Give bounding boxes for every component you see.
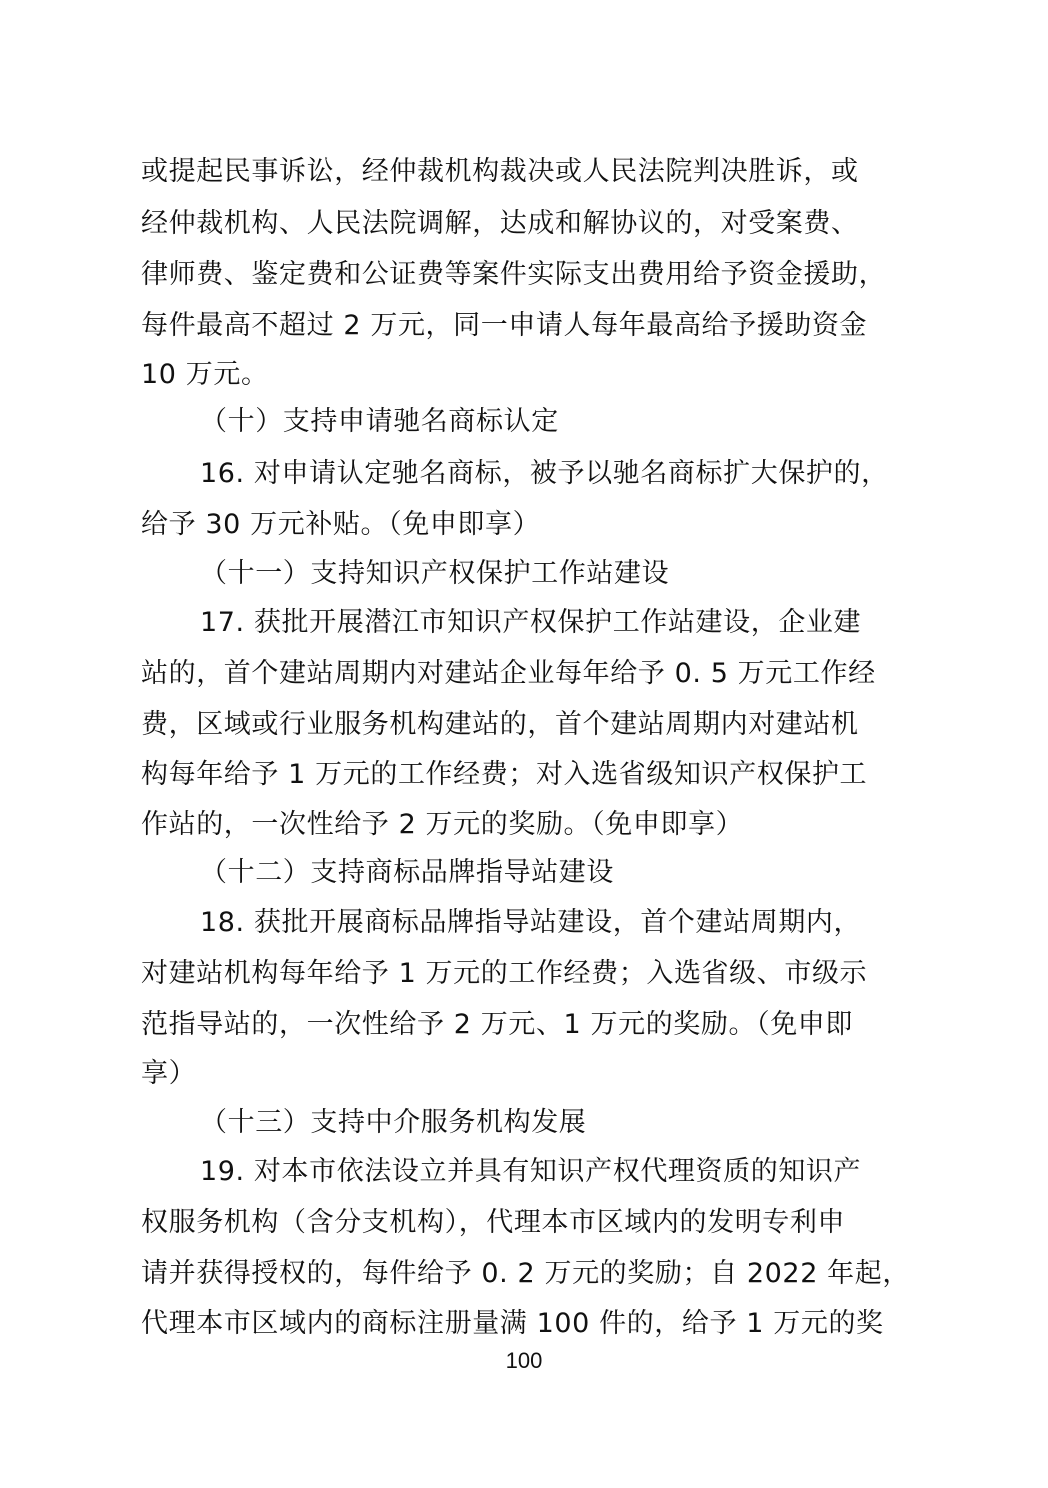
body-line: 作站的，一次性给予 2 万元的奖励。（免申即享） — [141, 808, 743, 842]
item-paragraph-start: 19. 对本市依法设立并具有知识产权代理资质的知识产 — [200, 1155, 861, 1189]
section-heading: （十一）支持知识产权保护工作站建设 — [200, 557, 669, 591]
page-number: 100 — [0, 1348, 1048, 1374]
body-line: 权服务机构（含分支机构），代理本市区域内的发明专利申 — [141, 1206, 845, 1240]
section-heading: （十二）支持商标品牌指导站建设 — [200, 856, 614, 890]
body-line: 每件最高不超过 2 万元，同一申请人每年最高给予援助资金 — [141, 309, 867, 343]
body-line: 范指导站的，一次性给予 2 万元、1 万元的奖励。（免申即 — [141, 1008, 853, 1042]
body-line: 经仲裁机构、人民法院调解，达成和解协议的，对受案费、 — [141, 207, 859, 241]
body-line: 站的，首个建站周期内对建站企业每年给予 0. 5 万元工作经 — [141, 657, 876, 691]
item-paragraph-start: 18. 获批开展商标品牌指导站建设，首个建站周期内， — [200, 906, 861, 940]
section-heading: （十三）支持中介服务机构发展 — [200, 1106, 586, 1140]
item-paragraph-start: 16. 对申请认定驰名商标，被予以驰名商标扩大保护的， — [200, 457, 889, 491]
body-line: 或提起民事诉讼，经仲裁机构裁决或人民法院判决胜诉，或 — [141, 155, 859, 189]
section-heading: （十）支持申请驰名商标认定 — [200, 405, 559, 439]
body-line: 构每年给予 1 万元的工作经费；对入选省级知识产权保护工 — [141, 758, 867, 792]
body-line: 请并获得授权的，每件给予 0. 2 万元的奖励；自 2022 年起， — [141, 1257, 910, 1291]
body-line: 代理本市区域内的商标注册量满 100 件的，给予 1 万元的奖 — [141, 1307, 884, 1341]
body-line: 对建站机构每年给予 1 万元的工作经费；入选省级、市级示 — [141, 957, 867, 991]
body-line: 律师费、鉴定费和公证费等案件实际支出费用给予资金援助， — [141, 258, 886, 292]
body-line: 享） — [141, 1057, 196, 1091]
body-line: 10 万元。 — [141, 358, 269, 392]
item-paragraph-start: 17. 获批开展潜江市知识产权保护工作站建设，企业建 — [200, 606, 861, 640]
document-page: 或提起民事诉讼，经仲裁机构裁决或人民法院判决胜诉，或 经仲裁机构、人民法院调解，… — [0, 0, 1048, 1488]
body-line: 给予 30 万元补贴。（免申即享） — [141, 508, 540, 542]
body-line: 费，区域或行业服务机构建站的，首个建站周期内对建站机 — [141, 708, 859, 742]
